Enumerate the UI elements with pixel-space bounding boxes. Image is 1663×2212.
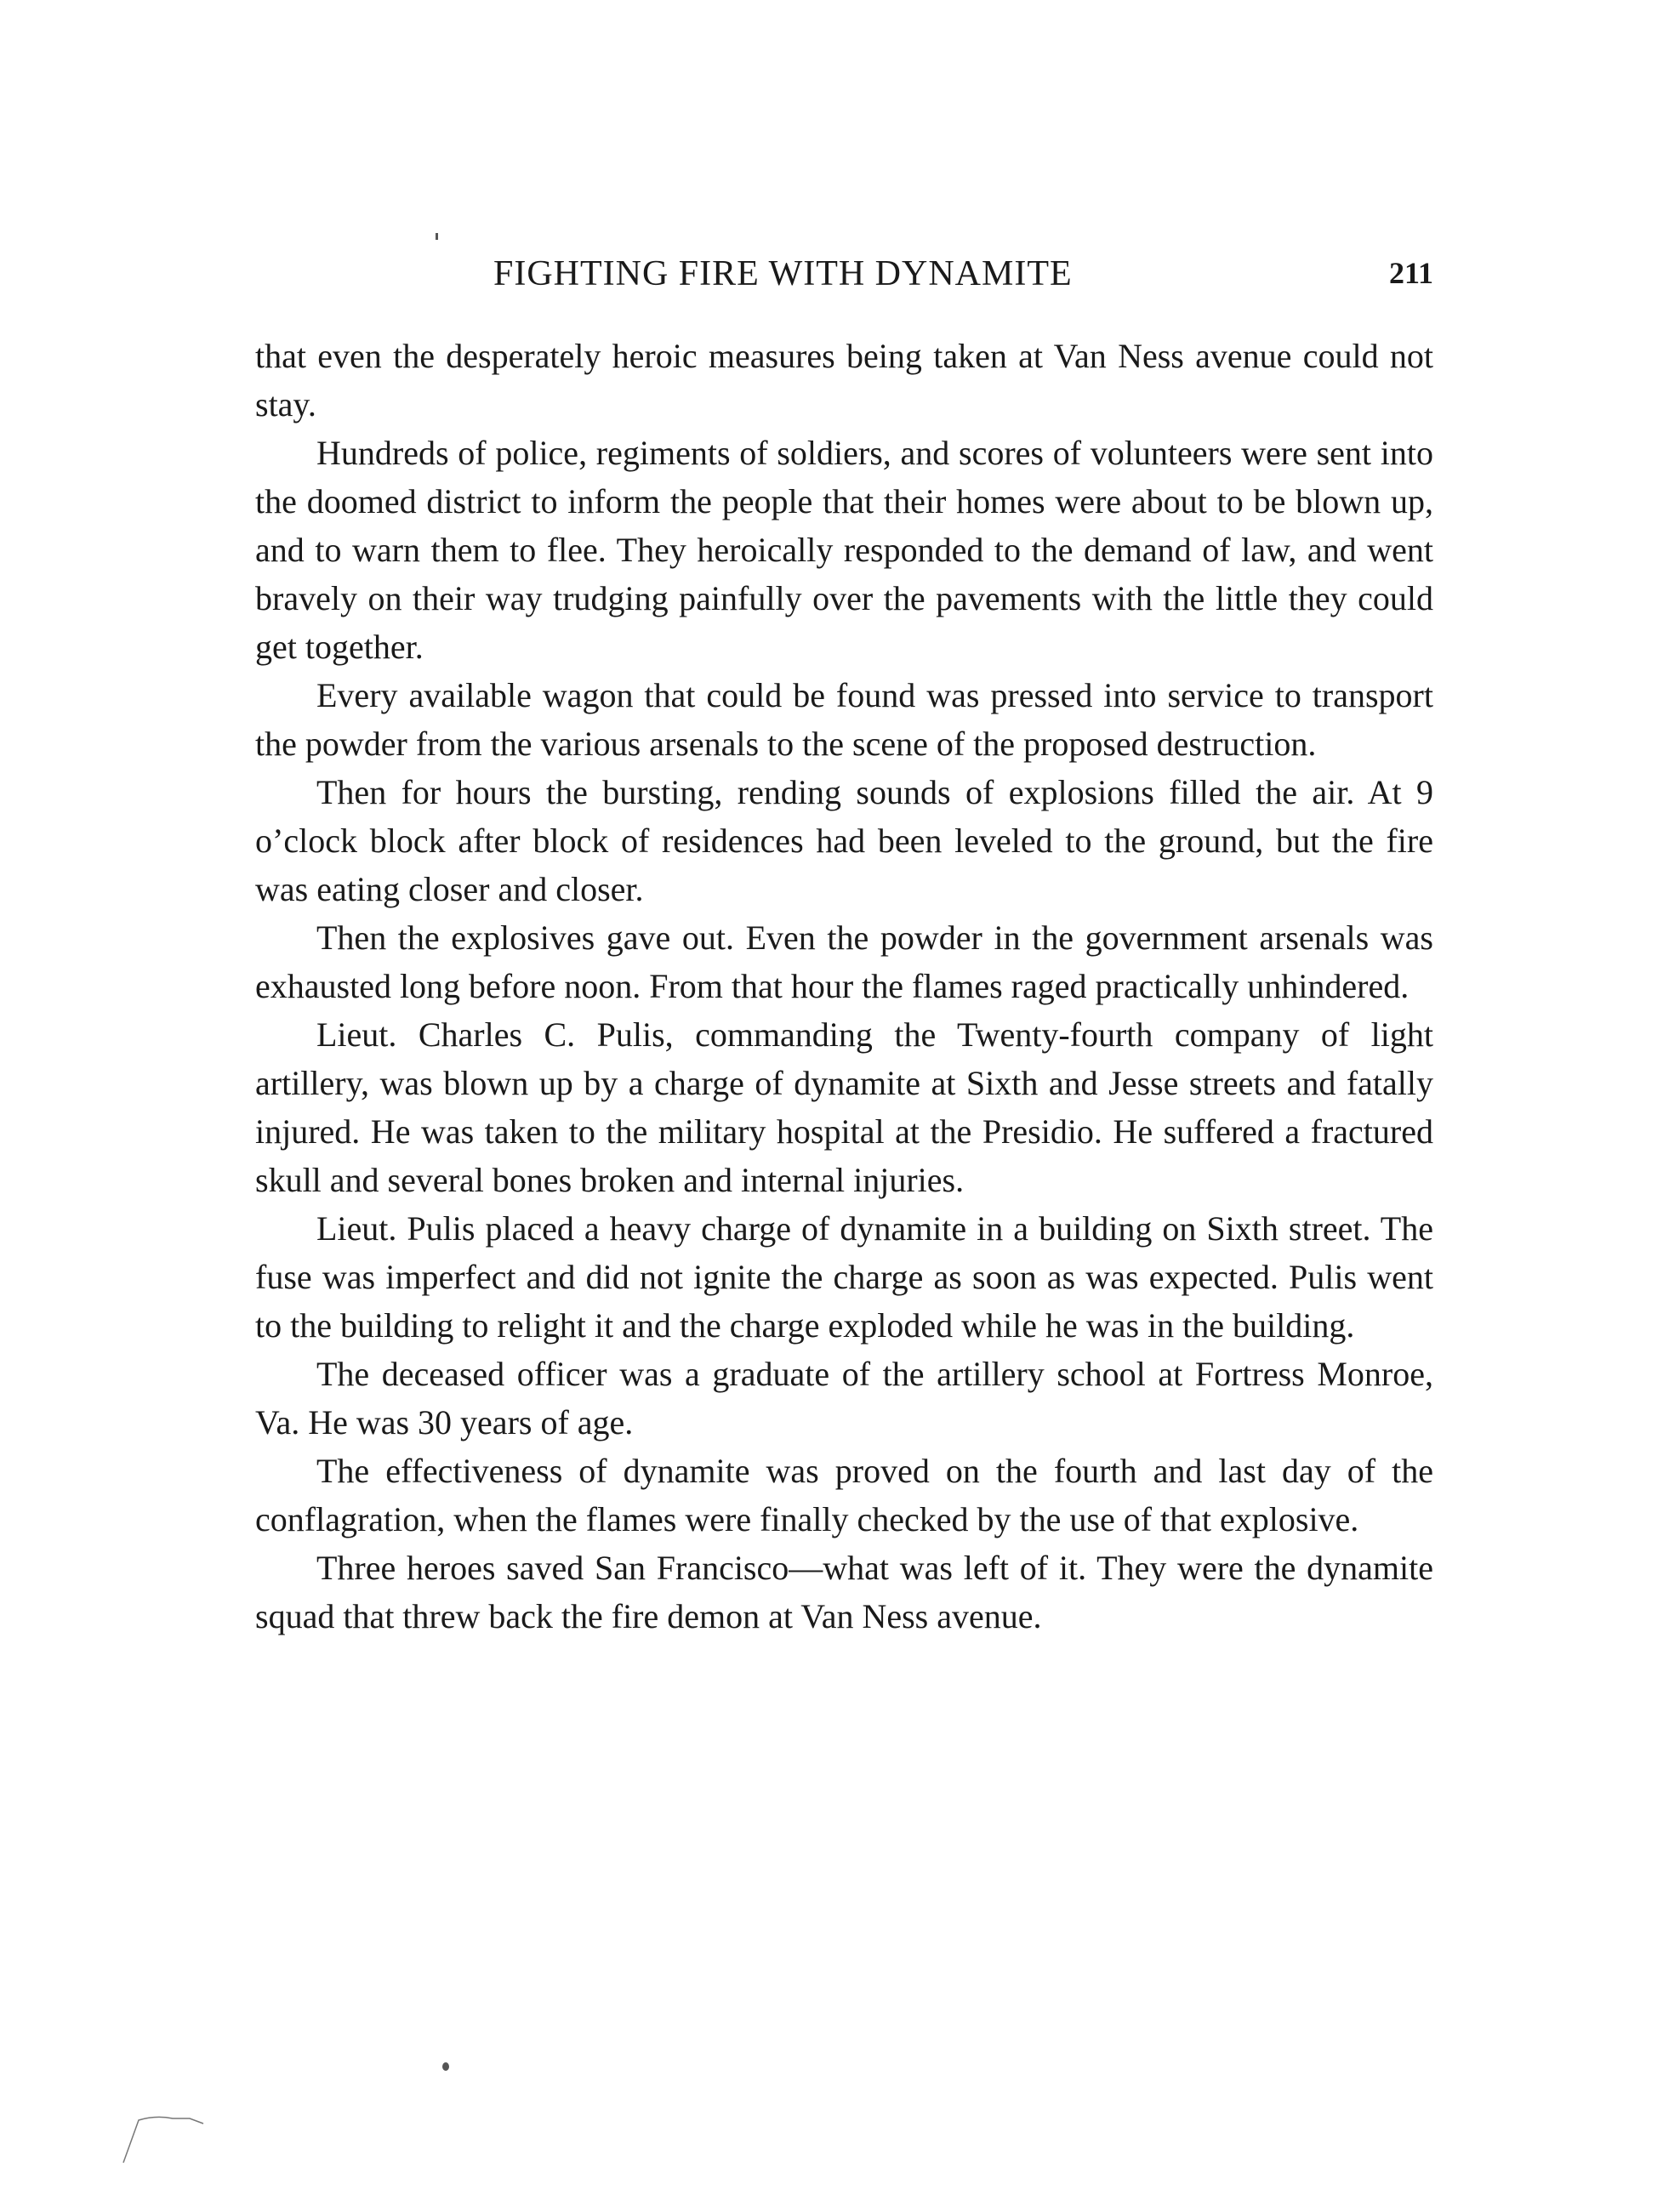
body-text: that even the desperately heroic measure… [255,332,1433,1641]
running-title: FIGHTING FIRE WITH DYNAMITE [493,253,1073,294]
paragraph: The effectiveness of dynamite was proved… [255,1447,1433,1544]
paragraph: Three heroes saved San Francisco—what wa… [255,1544,1433,1641]
scan-speck [436,233,438,240]
paragraph: The deceased officer was a graduate of t… [255,1350,1433,1447]
scan-pen-stroke [122,2113,232,2164]
paragraph: Lieut. Charles C. Pulis, commanding the … [255,1010,1433,1204]
paragraph: that even the desperately heroic measure… [255,332,1433,429]
paragraph: Every available wagon that could be foun… [255,671,1433,768]
paragraph: Then the explosives gave out. Even the p… [255,913,1433,1010]
page-header: FIGHTING FIRE WITH DYNAMITE 211 [255,253,1433,304]
scan-speck [442,2062,449,2071]
page-number: 211 [1389,255,1433,291]
paragraph: Lieut. Pulis placed a heavy charge of dy… [255,1204,1433,1350]
paragraph: Hundreds of police, regiments of soldier… [255,429,1433,671]
paragraph: Then for hours the bursting, rending sou… [255,768,1433,913]
